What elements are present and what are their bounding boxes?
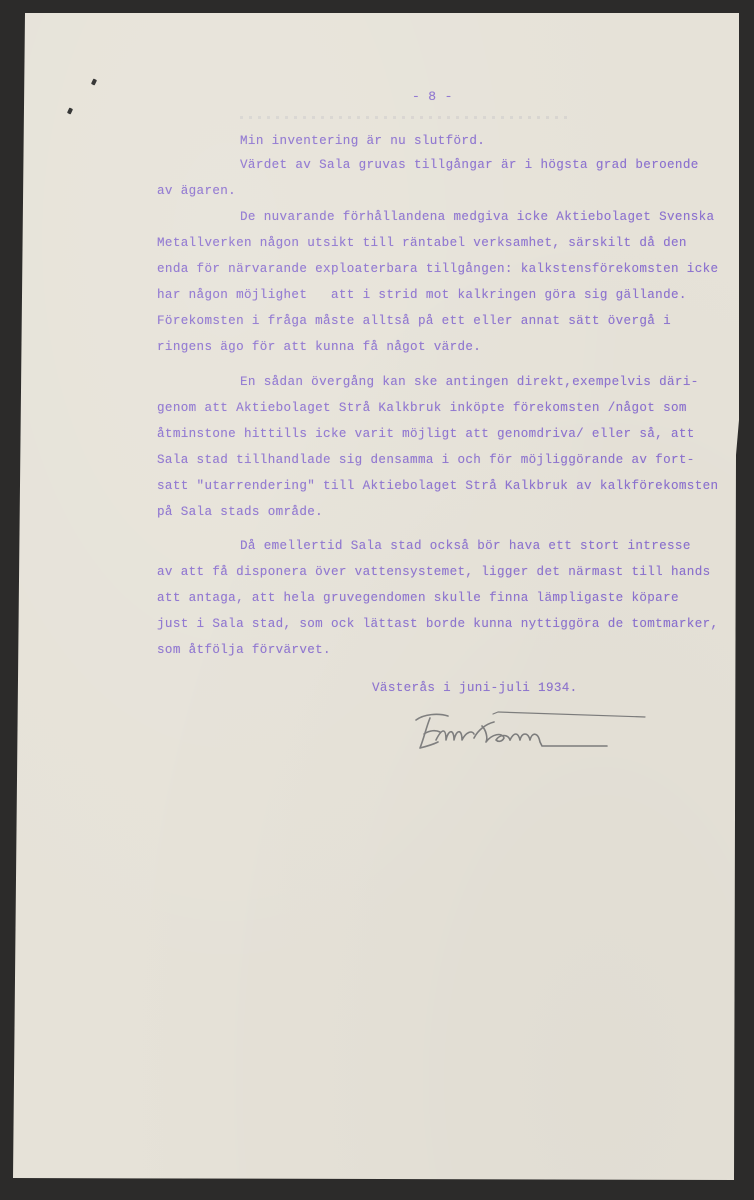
- text-line: ringens ägo för att kunna få något värde…: [157, 341, 481, 354]
- place-date: Västerås i juni-juli 1934.: [372, 682, 578, 695]
- text-line: enda för närvarande exploaterbara tillgå…: [157, 263, 718, 276]
- text-line: Min inventering är nu slutförd.: [240, 135, 485, 148]
- text-line: åtminstone hittills icke varit möjligt a…: [157, 428, 695, 441]
- text-line: att antaga, att hela gruvegendomen skull…: [157, 592, 679, 605]
- show-through-marks: [240, 116, 570, 119]
- text-line: på Sala stads område.: [157, 506, 323, 519]
- text-line: av ägaren.: [157, 185, 236, 198]
- text-line: genom att Aktiebolaget Strå Kalkbruk ink…: [157, 402, 687, 415]
- page-number: - 8 -: [412, 90, 453, 103]
- text-line: som åtfölja förvärvet.: [157, 644, 331, 657]
- ink-speck: [91, 78, 97, 85]
- text-line: Värdet av Sala gruvas tillgångar är i hö…: [240, 159, 699, 172]
- text-line: Förekomsten i fråga måste alltså på ett …: [157, 315, 671, 328]
- text-line: En sådan övergång kan ske antingen direk…: [240, 376, 699, 389]
- text-line: De nuvarande förhållandena medgiva icke …: [240, 211, 714, 224]
- text-line: Metallverken någon utsikt till räntabel …: [157, 237, 687, 250]
- text-line: satt "utarrendering" till Aktiebolaget S…: [157, 480, 718, 493]
- text-line: just i Sala stad, som ock lättast borde …: [157, 618, 718, 631]
- text-line: av att få disponera över vattensystemet,…: [157, 566, 711, 579]
- signature: [390, 700, 650, 770]
- document-page: - 8 - Min inventering är nu slutförd.Vär…: [0, 0, 754, 1200]
- ink-speck: [67, 107, 73, 114]
- text-line: Då emellertid Sala stad också bör hava e…: [240, 540, 691, 553]
- text-line: har någon möjlighet att i strid mot kalk…: [157, 289, 687, 302]
- text-line: Sala stad tillhandlade sig densamma i oc…: [157, 454, 695, 467]
